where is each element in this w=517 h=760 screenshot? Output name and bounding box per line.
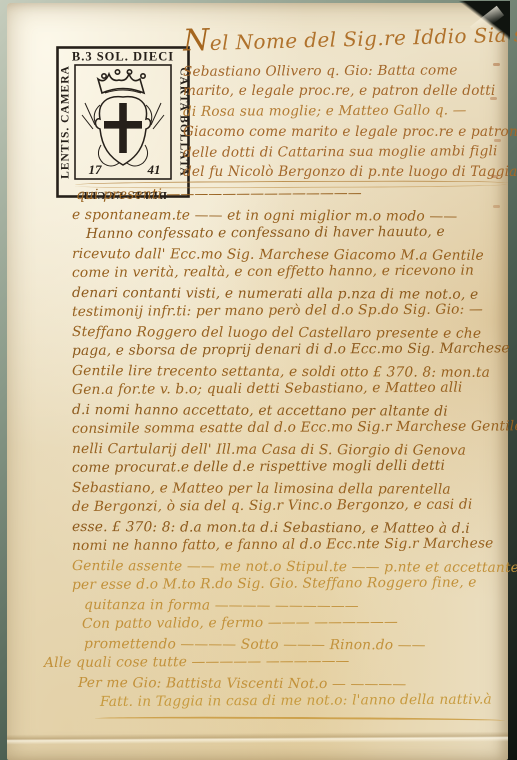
- manuscript-line: Giacomo come marito e legale proc.re e p…: [183, 122, 517, 142]
- stamp-engraving-icon: B.3 SOL. DIECI CARTA BOLLATA DELL' ECCEL…: [55, 45, 191, 199]
- manuscript-line: per esse d.o M.to R.do Sig. Gio. Steffan…: [72, 573, 512, 595]
- manuscript-line: delle dotti di Cattarina sua moglie ambi…: [183, 141, 517, 163]
- manuscript-line: Sebastiano Ollivero q. Gio: Batta come: [183, 60, 517, 82]
- stamp-year-right: 41: [147, 162, 161, 177]
- manuscript-line: Hanno confessato e confessano di haver h…: [86, 222, 512, 244]
- crown-icon: [98, 70, 145, 93]
- manuscript-line: di Rosa sua moglie; e Matteo Gallo q. —: [183, 101, 517, 123]
- scanned-manuscript: B.3 SOL. DIECI CARTA BOLLATA DELL' ECCEL…: [0, 0, 517, 760]
- manuscript-line: de Bergonzi, ò sia del q. Sig.r Vinc.o B…: [72, 495, 512, 517]
- manuscript-line: come in verità, realtà, e con effetto ha…: [72, 261, 512, 283]
- torn-corner: [458, 1, 510, 41]
- manuscript-line: qui presenti ——————————————: [76, 183, 512, 205]
- manuscript-line: come procurat.e delle d.e rispettive mog…: [72, 456, 512, 478]
- manuscript-line: nomi ne hanno fatto, e fanno al d.o Ecc.…: [72, 534, 512, 556]
- stamp-year-left: 17: [89, 162, 103, 177]
- manuscript-line: testimonij infr.ti: per mano però del d.…: [72, 300, 512, 322]
- cross-shield-icon: [104, 103, 142, 153]
- manuscript-line: del fu Nicolò Bergonzo di p.nte luogo di…: [183, 162, 517, 182]
- manuscript-line: marito, e legale proc.re, e patron delle…: [183, 81, 517, 101]
- paper-sheet: B.3 SOL. DIECI CARTA BOLLATA DELL' ECCEL…: [7, 3, 508, 760]
- manuscript-line: Fatt. in Taggia in casa di me not.o: l'a…: [100, 690, 512, 712]
- flourish-underline-bottom: [95, 716, 505, 723]
- stamp-top-text: B.3 SOL. DIECI: [72, 50, 174, 64]
- intro-paragraph: Sebastiano Ollivero q. Gio: Batta comema…: [183, 61, 517, 182]
- manuscript-line: Con patto valido, e fermo ——— ——————: [82, 612, 512, 634]
- stamp-left-text: LENTIS. CAMERA: [60, 65, 72, 179]
- paper-crease: [7, 731, 508, 744]
- fiscal-stamp: B.3 SOL. DIECI CARTA BOLLATA DELL' ECCEL…: [55, 45, 191, 199]
- manuscript-line: consimile somma esatte dal d.o Ecc.mo Si…: [72, 417, 512, 439]
- manuscript-line: Alle quali cose tutte ————— ——————: [44, 651, 512, 673]
- manuscript-line: paga, e sborsa de proprij denari di d.o …: [72, 339, 512, 361]
- deed-body: qui presenti ——————————————e spontaneam.…: [72, 186, 512, 713]
- manuscript-line: Gen.a for.te v. b.o; quali detti Sebasti…: [72, 378, 512, 400]
- ink-bleedthrough-marks: [493, 63, 500, 66]
